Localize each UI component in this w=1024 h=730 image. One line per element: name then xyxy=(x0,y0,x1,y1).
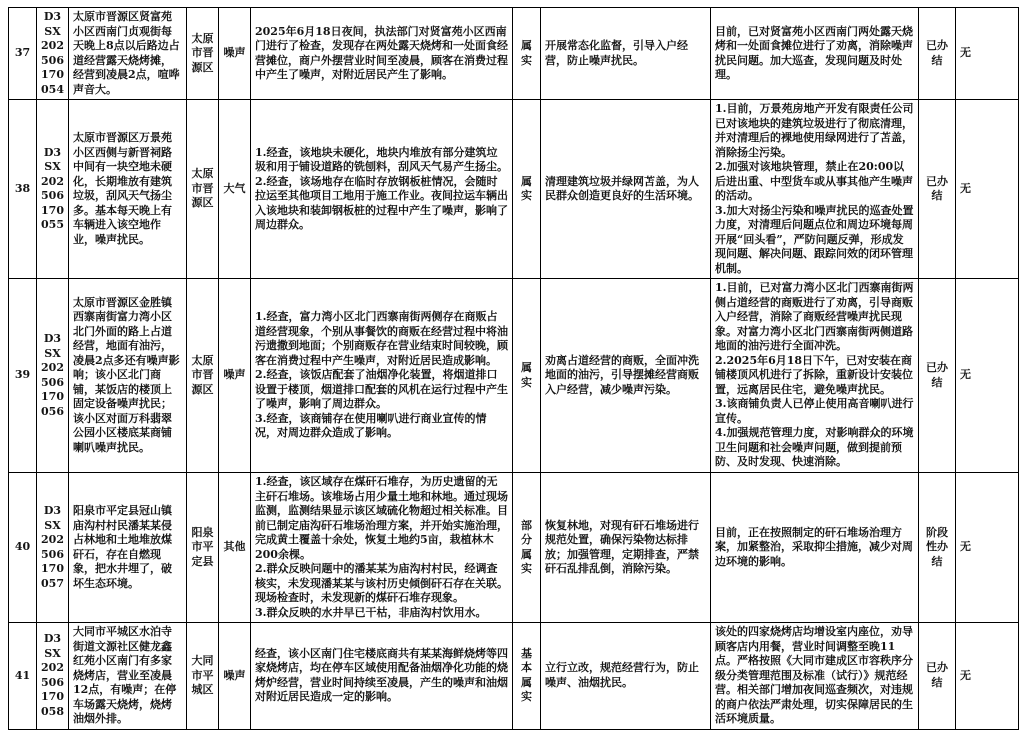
cell-case-id: D3SX202506170058 xyxy=(37,623,69,730)
cell-complaint: 阳泉市平定县冠山镇庙沟村村民潘某某侵占林地和土地堆放煤矸石，存在自燃现象，把水井… xyxy=(69,472,187,622)
table-row: 40 D3SX202506170057 阳泉市平定县冠山镇庙沟村村民潘某某侵占林… xyxy=(9,472,1019,622)
complaint-handling-table: 37 D3SX202506170054 太原市晋源区贤富苑小区西南门贞观街每天晚… xyxy=(8,7,1019,730)
cell-complaint: 太原市晋源区万景苑小区西侧与新晋祠路中间有一块空地未硬化，长期堆放有建筑垃圾，刮… xyxy=(69,100,187,279)
table-row: 39 D3SX202506170056 太原市晋源区金胜镇西寨南街富力湾小区北门… xyxy=(9,279,1019,473)
cell-complaint: 太原市晋源区金胜镇西寨南街富力湾小区北门外面的路上占道经营，地面有油污，凌晨2点… xyxy=(69,279,187,473)
cell-status: 已办结 xyxy=(919,8,956,100)
cell-row-number: 38 xyxy=(9,100,37,279)
cell-result: 1.目前，已对富力湾小区北门西寨南街两侧占道经营的商贩进行了劝离，引导商贩入户经… xyxy=(711,279,919,473)
cell-complaint: 大同市平城区水泊寺街道文源社区健龙鑫红苑小区南门有多家烧烤店，营业至凌晨12点，… xyxy=(69,623,187,730)
cell-investigation: 1.经查，富力湾小区北门西寨南街两侧存在商贩占道经营现象，个别从事餐饮的商贩在经… xyxy=(251,279,513,473)
cell-row-number: 41 xyxy=(9,623,37,730)
cell-verified: 部分属实 xyxy=(513,472,541,622)
cell-row-number: 40 xyxy=(9,472,37,622)
cell-case-id: D3SX202506170054 xyxy=(37,8,69,100)
cell-category: 大气 xyxy=(219,100,251,279)
cell-measure: 清理建筑垃圾并绿网苫盖，为人民群众创造更良好的生活环境。 xyxy=(541,100,711,279)
cell-category: 噪声 xyxy=(219,623,251,730)
cell-measure: 恢复林地，对现有矸石堆场进行规范处置，确保污染物达标排放；加强管理，定期排查，严… xyxy=(541,472,711,622)
cell-region: 太原市晋源区 xyxy=(187,279,219,473)
cell-result: 目前，已对贤富苑小区西南门两处露天烧烤和一处面食摊位进行了劝离，消除噪声扰民问题… xyxy=(711,8,919,100)
cell-measure: 劝离占道经营的商贩，全面冲洗地面的油污，引导摆摊经营商贩入户经营，减少噪声污染。 xyxy=(541,279,711,473)
cell-accountability: 无 xyxy=(956,8,1019,100)
cell-case-id: D3SX202506170055 xyxy=(37,100,69,279)
cell-region: 太原市晋源区 xyxy=(187,8,219,100)
cell-complaint: 太原市晋源区贤富苑小区西南门贞观街每天晚上8点以后路边占道经营露天烧烤摊，经营到… xyxy=(69,8,187,100)
cell-accountability: 无 xyxy=(956,100,1019,279)
table-row: 37 D3SX202506170054 太原市晋源区贤富苑小区西南门贞观街每天晚… xyxy=(9,8,1019,100)
cell-result: 该处的四家烧烤店均增设室内座位，劝导顾客店内用餐，营业时间调整至晚11点。严格按… xyxy=(711,623,919,730)
cell-result: 1.目前，万景苑房地产开发有限责任公司已对该地块的建筑垃圾进行了彻底清理，并对清… xyxy=(711,100,919,279)
table-row: 41 D3SX202506170058 大同市平城区水泊寺街道文源社区健龙鑫红苑… xyxy=(9,623,1019,730)
cell-status: 阶段性办结 xyxy=(919,472,956,622)
cell-investigation: 1.经查，该区域存在煤矸石堆存，为历史遗留的无主矸石堆场。该堆场占用少量土地和林… xyxy=(251,472,513,622)
cell-status: 已办结 xyxy=(919,279,956,473)
cell-row-number: 39 xyxy=(9,279,37,473)
cell-category: 噪声 xyxy=(219,279,251,473)
cell-investigation: 经查，该小区南门住宅楼底商共有某某海鲜烧烤等四家烧烤店，均在停车区域使用配备油烟… xyxy=(251,623,513,730)
cell-result: 目前，正在按照制定的矸石堆场治理方案，加紧整治，采取抑尘措施，减少对周边环境的影… xyxy=(711,472,919,622)
cell-investigation: 1.经查，该地块未硬化，地块内堆放有部分建筑垃圾和用于铺设道路的铣刨料，刮风天气… xyxy=(251,100,513,279)
cell-status: 已办结 xyxy=(919,100,956,279)
cell-status: 已办结 xyxy=(919,623,956,730)
cell-region: 阳泉市平定县 xyxy=(187,472,219,622)
cell-category: 其他 xyxy=(219,472,251,622)
cell-accountability: 无 xyxy=(956,623,1019,730)
cell-case-id: D3SX202506170056 xyxy=(37,279,69,473)
cell-verified: 基本属实 xyxy=(513,623,541,730)
cell-row-number: 37 xyxy=(9,8,37,100)
cell-verified: 属实 xyxy=(513,279,541,473)
cell-region: 大同市平城区 xyxy=(187,623,219,730)
table-row: 38 D3SX202506170055 太原市晋源区万景苑小区西侧与新晋祠路中间… xyxy=(9,100,1019,279)
cell-case-id: D3SX202506170057 xyxy=(37,472,69,622)
cell-investigation: 2025年6月18日夜间，执法部门对贤富苑小区西南门进行了检查，发现存在两处露天… xyxy=(251,8,513,100)
cell-verified: 属实 xyxy=(513,8,541,100)
cell-region: 太原市晋源区 xyxy=(187,100,219,279)
cell-category: 噪声 xyxy=(219,8,251,100)
cell-measure: 立行立改，规范经营行为，防止噪声、油烟扰民。 xyxy=(541,623,711,730)
cell-accountability: 无 xyxy=(956,472,1019,622)
cell-accountability: 无 xyxy=(956,279,1019,473)
cell-verified: 属实 xyxy=(513,100,541,279)
cell-measure: 开展常态化监督，引导入户经营，防止噪声扰民。 xyxy=(541,8,711,100)
